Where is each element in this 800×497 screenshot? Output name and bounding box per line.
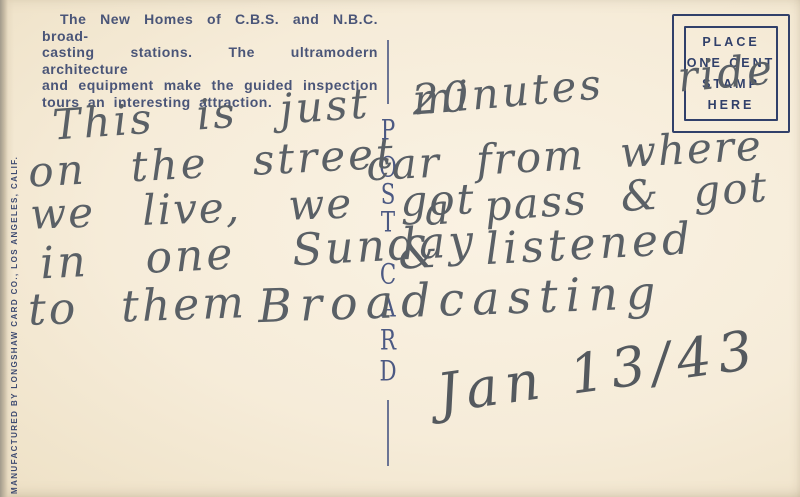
divider-line-bottom <box>387 400 389 466</box>
manufacturer-credit: MANUFACTURED BY LONGSHAW CARD CO., LOS A… <box>10 156 19 494</box>
divider-letter: D <box>377 358 400 386</box>
message-segment: to them <box>27 277 248 336</box>
caption-line: casting stations. The ultramodern archit… <box>42 44 378 77</box>
divider-letter: R <box>377 327 400 355</box>
caption-line: The New Homes of C.B.S. and N.B.C. broad… <box>42 11 378 44</box>
